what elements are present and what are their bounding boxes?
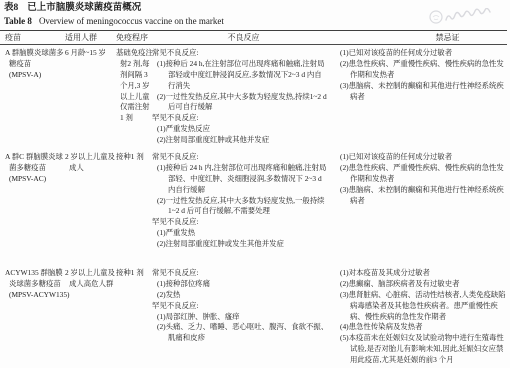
population-cell-line: 2 岁以上儿童及 xyxy=(65,268,116,279)
adverse-reactions-cell-subhead: 罕见不良反应: xyxy=(152,113,329,124)
adverse-reactions-cell-item: (2)注射局部重度红肿或其他并发症 xyxy=(157,135,329,146)
table-title-zh-text: 已上市脑膜炎球菌疫苗概况 xyxy=(27,3,141,13)
vaccine-cell-line: (MPSV-AC) xyxy=(5,174,65,185)
adverse-reactions-cell-item: (1)接种部位疼痛 xyxy=(157,279,329,290)
schedule-cell-line: 射2 剂,每 xyxy=(116,59,152,70)
contraindications-cell-item: (2)患急性疾病、严重慢性疾病、慢性疾病的急性发作期和发热者 xyxy=(340,163,508,185)
vaccine-cell-line: 炎球菌多糖疫苗 xyxy=(5,279,65,290)
column-header-schedule: 免疫程序 xyxy=(116,32,152,43)
adverse-reactions-cell-item: (2)头痛、乏力、嗜睡、恶心呕吐、腹泻、食欲不振、肌痛和皮疹 xyxy=(157,322,329,344)
schedule-cell-line: 以上儿童 xyxy=(116,92,152,103)
schedule-cell-line: 接种1 剂 xyxy=(116,152,152,163)
paper-table-page: 表8已上市脑膜炎球菌疫苗概况 Table 8Overview of mening… xyxy=(0,0,510,368)
vaccine-cell: A 群C 群脑膜炎球菌多糖疫苗(MPSV-AC) xyxy=(0,152,65,265)
vaccine-cell: A 群脑膜炎球菌多糖疫苗(MPSV-A) xyxy=(0,48,65,149)
adverse-reactions-cell-item: (1)接种后 24 h 内,注射部位可出现疼痛和触痛,注射局部轻、中度红肿、炎细… xyxy=(157,163,329,195)
vaccine-cell-line: 菌多糖疫苗 xyxy=(5,163,65,174)
column-header-adverse-reactions: 不良反应 xyxy=(152,32,335,43)
contraindications-cell-item: (1)对本疫苗及其成分过敏者 xyxy=(340,268,508,279)
adverse-reactions-cell-item: (1)严重发热反应 xyxy=(157,124,329,135)
contraindications-cell: (1)已知对该疫苗的任何成分过敏者(2)患急性疾病、严重慢性疾病、慢性疾病的急性… xyxy=(335,48,510,149)
contraindications-cell-item: (3)患脑病、未控制的癫痫和其他进行性神经系统疾病者 xyxy=(340,81,508,103)
table-row: A 群C 群脑膜炎球菌多糖疫苗(MPSV-AC)2 岁以上儿童及成人接种1 剂常… xyxy=(0,149,510,265)
schedule-cell: 基础免疫注射2 剂,每剂间隔 3个月,3 岁以上儿童仅需注射1 剂 xyxy=(116,48,152,149)
population-cell: 2 岁以上儿童及成人高危人群 xyxy=(65,268,116,365)
vaccine-cell-line: 糖疫苗 xyxy=(5,59,65,70)
adverse-reactions-cell-item: (2)一过性发热反应,其中大多数为轻度发热,持续1~2 d 后可自行缓解 xyxy=(157,92,329,114)
adverse-reactions-cell-item: (2)注射局部重度红肿或发生其他并发症 xyxy=(157,239,329,250)
adverse-reactions-cell: 常见不良反应:(1)接种部位疼痛(2)发热罕见不良反应:(1)局部红肿、肿胀、瘙… xyxy=(152,268,335,365)
adverse-reactions-cell-subhead: 罕见不良反应: xyxy=(152,217,329,228)
schedule-cell-line: 仅需注射 xyxy=(116,102,152,113)
contraindications-cell-item: (5)本疫苗未在妊娠妇女及试验动物中进行生殖毒性试验,是否对胎儿有影响未知,因此… xyxy=(340,333,508,365)
adverse-reactions-cell-subhead: 常见不良反应: xyxy=(152,48,329,59)
contraindications-cell-item: (3)患脑病、未控制的癫痫和其他进行性神经系统疾病者 xyxy=(340,185,508,207)
adverse-reactions-cell-item: (2)一过性发热反应,其中大多数为轻度发热,一般持续 1~2 d 后可自行缓解,… xyxy=(157,196,329,218)
adverse-reactions-cell-item: (1)严重发热 xyxy=(157,228,329,239)
table-number-zh: 表8 xyxy=(4,3,18,13)
schedule-cell-line: 接种1 剂 xyxy=(116,268,152,279)
vaccine-cell-line: A 群脑膜炎球菌多 xyxy=(5,48,65,59)
contraindications-cell-item: (2)患癫痫、脑部疾病者及有过敏史者 xyxy=(340,279,508,290)
adverse-reactions-cell-subhead: 罕见不良反应: xyxy=(152,301,329,312)
column-header-population: 适用人群 xyxy=(65,32,116,43)
adverse-reactions-cell: 常见不良反应:(1)接种后 24 h,在注射部位可出现疼痛和触痛,注射局部轻或中… xyxy=(152,48,335,149)
table-header-row: 疫苗 适用人群 免疫程序 不良反应 禁忌证 xyxy=(0,31,510,44)
adverse-reactions-cell-item: (2)发热 xyxy=(157,290,329,301)
watermark-seal-icon xyxy=(428,8,500,31)
table-row: A 群脑膜炎球菌多糖疫苗(MPSV-A)6 月龄~15 岁基础免疫注射2 剂,每… xyxy=(0,45,510,149)
column-header-vaccine: 疫苗 xyxy=(0,32,65,43)
table-body: A 群脑膜炎球菌多糖疫苗(MPSV-A)6 月龄~15 岁基础免疫注射2 剂,每… xyxy=(0,45,510,365)
contraindications-cell-item: (1)已知对该疫苗的任何成分过敏者 xyxy=(340,152,508,163)
population-cell-line: 2 岁以上儿童及 xyxy=(65,152,116,163)
population-cell-line: 成人 xyxy=(65,163,116,174)
contraindications-cell: (1)对本疫苗及其成分过敏者(2)患癫痫、脑部疾病者及有过敏史者(3)患肾脏病、… xyxy=(335,268,510,365)
contraindications-cell-item: (2)患急性疾病、严重慢性疾病、慢性疾病的急性发作期和发热者 xyxy=(340,59,508,81)
contraindications-cell-item: (4)患急性传染病及发热者 xyxy=(340,322,508,333)
population-cell-line: 6 月龄~15 岁 xyxy=(65,48,116,59)
adverse-reactions-cell-item: (1)接种后 24 h,在注射部位可出现疼痛和触痛,注射局部轻或中度红肿浸润反应… xyxy=(157,59,329,91)
vaccine-cell-line: (MPSV-A) xyxy=(5,70,65,81)
vaccine-cell: ACYW135 群脑膜炎球菌多糖疫苗(MPSV-ACYW135) xyxy=(0,268,65,365)
schedule-cell: 接种1 剂 xyxy=(116,268,152,365)
population-cell: 6 月龄~15 岁 xyxy=(65,48,116,149)
schedule-cell-line: 1 剂 xyxy=(116,113,152,124)
contraindications-cell-item: (3)患肾脏病、心脏病、活动性结核者,人类免疫缺陷病毒感染者及其他急性疾病者。患… xyxy=(340,290,508,322)
adverse-reactions-cell-subhead: 常见不良反应: xyxy=(152,268,329,279)
schedule-cell-line: 剂间隔 3 xyxy=(116,70,152,81)
table-number-en: Table 8 xyxy=(4,16,32,26)
column-header-contraindications: 禁忌证 xyxy=(335,32,510,43)
contraindications-cell-item: (1)已知对该疫苗的任何成分过敏者 xyxy=(340,48,508,59)
contraindications-cell: (1)已知对该疫苗的任何成分过敏者(2)患急性疾病、严重慢性疾病、慢性疾病的急性… xyxy=(335,152,510,265)
population-cell: 2 岁以上儿童及成人 xyxy=(65,152,116,265)
adverse-reactions-cell-item: (1)局部红肿、肿胀、瘙痒 xyxy=(157,312,329,323)
vaccine-cell-line: ACYW135 群脑膜 xyxy=(5,268,65,279)
adverse-reactions-cell-subhead: 常见不良反应: xyxy=(152,152,329,163)
vaccine-cell-line: (MPSV-ACYW135) xyxy=(5,290,65,301)
table-title-en-text: Overview of meningococcus vaccine on the… xyxy=(39,16,224,26)
schedule-cell: 接种1 剂 xyxy=(116,152,152,265)
table-row: ACYW135 群脑膜炎球菌多糖疫苗(MPSV-ACYW135)2 岁以上儿童及… xyxy=(0,265,510,365)
population-cell-line: 成人高危人群 xyxy=(65,279,116,290)
adverse-reactions-cell: 常见不良反应:(1)接种后 24 h 内,注射部位可出现疼痛和触痛,注射局部轻、… xyxy=(152,152,335,265)
vaccine-cell-line: A 群C 群脑膜炎球 xyxy=(5,152,65,163)
schedule-cell-line: 个月,3 岁 xyxy=(116,81,152,92)
schedule-cell-line: 基础免疫注 xyxy=(116,48,152,59)
